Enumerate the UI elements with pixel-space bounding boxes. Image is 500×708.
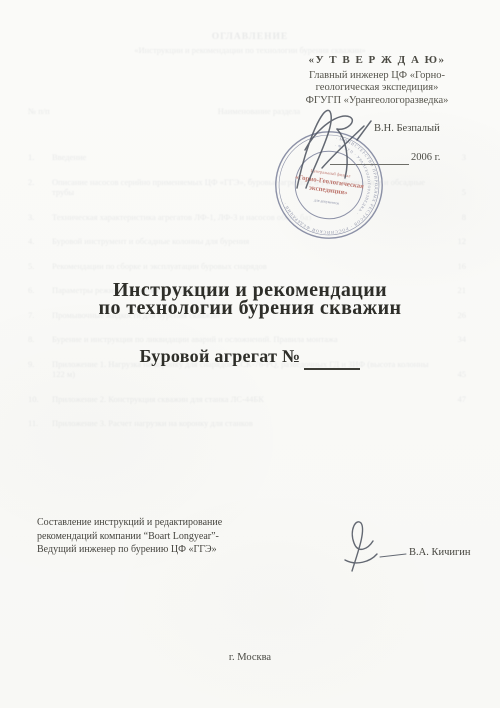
approver-name: В.Н. Безпалый xyxy=(374,123,440,134)
stamp-center-line-4: для документов xyxy=(314,198,340,206)
approval-line-3: ФГУГП «Урангеологоразведка» xyxy=(283,95,471,108)
stamp-graphic: · МИНИСТЕРСТВО ПРИРОДНЫХ РЕСУРСОВ · РОСС… xyxy=(265,121,394,250)
ghost-toc-row: 2. Описание насосов серийно применяемых … xyxy=(28,177,466,198)
ghost-row-number: 1. xyxy=(28,152,52,163)
ghost-row-number: 11. xyxy=(28,418,52,429)
ghost-row-text: Техническая характеристика агрегатов ЛФ-… xyxy=(52,212,450,223)
ghost-toc-row: 5. Рекомендации по сборке и эксплуатации… xyxy=(28,261,466,272)
ghost-row-number: 2. xyxy=(28,177,52,198)
compiler-name: В.А. Кичигин xyxy=(409,547,471,558)
drilling-unit-line: Буровой агрегат № xyxy=(0,346,500,369)
scanned-title-page: { "document": { "approval": { "header": … xyxy=(0,0,500,708)
ghost-row-number: 5. xyxy=(28,261,52,272)
ghost-toc-columns: № п/п Наименование раздела xyxy=(28,106,460,116)
title-block: Инструкции и рекомендации по технологии … xyxy=(0,281,500,369)
ghost-row-text: Описание насосов серийно применяемых ЦФ … xyxy=(52,177,450,198)
compiler-line-2: рекомендаций компании “Boart Longyear”- xyxy=(37,530,283,544)
unit-number-blank xyxy=(304,347,360,370)
ghost-col-number: № п/п xyxy=(28,106,58,116)
ghost-toc-row: 10. Приложение 2. Конструкция скважин дл… xyxy=(28,394,466,405)
ghost-col-name: Наименование раздела xyxy=(58,106,460,116)
ghost-row-page: 5 xyxy=(450,187,466,198)
approval-line-1: Главный инженер ЦФ «Горно- xyxy=(283,70,471,83)
drilling-unit-label: Буровой агрегат № xyxy=(140,346,301,366)
approval-date: 2006 г. xyxy=(411,152,440,163)
ghost-toc-row: 3. Техническая характеристика агрегатов … xyxy=(28,212,466,223)
ghost-row-number: 4. xyxy=(28,236,52,247)
approval-header: «У Т В Е Р Ж Д А Ю» xyxy=(283,54,471,67)
ghost-row-page: 45 xyxy=(450,369,466,380)
ghost-row-page: 3 xyxy=(450,152,466,163)
ghost-toc-row: 4. Буровой инструмент и обсадные колонны… xyxy=(28,236,466,247)
compiler-signature xyxy=(345,522,406,571)
ghost-row-page: 12 xyxy=(450,236,466,247)
compiler-line-1: Составление инструкций и редактирование xyxy=(37,516,283,530)
approval-line-2: геологическая экспедиция» xyxy=(283,82,471,95)
compiler-line-3: Ведущий инженер по бурению ЦФ «ГГЭ» xyxy=(37,543,283,557)
ghost-row-page: 16 xyxy=(450,261,466,272)
ghost-row-number: 10. xyxy=(28,394,52,405)
ghost-row-text: Приложение 2. Конструкция скважин для ст… xyxy=(52,394,450,405)
official-round-stamp: · МИНИСТЕРСТВО ПРИРОДНЫХ РЕСУРСОВ · РОСС… xyxy=(265,121,394,250)
compiler-block: Составление инструкций и редактирование … xyxy=(37,516,283,557)
footer-city: г. Москва xyxy=(0,652,500,663)
approval-block: «У Т В Е Р Ж Д А Ю» Главный инженер ЦФ «… xyxy=(283,54,471,107)
document-title-line-2: по технологии бурения скважин xyxy=(0,299,500,317)
ghost-row-page: 47 xyxy=(450,394,466,405)
ghost-row-text: Рекомендации по сборке и эксплуатации бу… xyxy=(52,261,450,272)
ghost-row-text: Приложение 3. Расчет нагрузки на коронку… xyxy=(52,418,450,429)
ghost-toc-row: 11. Приложение 3. Расчет нагрузки на кор… xyxy=(28,418,466,429)
ghost-row-number: 3. xyxy=(28,212,52,223)
ghost-row-text: Буровой инструмент и обсадные колонны дл… xyxy=(52,236,450,247)
ghost-row-page: 8 xyxy=(450,212,466,223)
ghost-toc-title: ОГЛАВЛЕНИЕ xyxy=(0,32,500,42)
ghost-toc-row: 1. Введение 3 xyxy=(28,152,466,163)
